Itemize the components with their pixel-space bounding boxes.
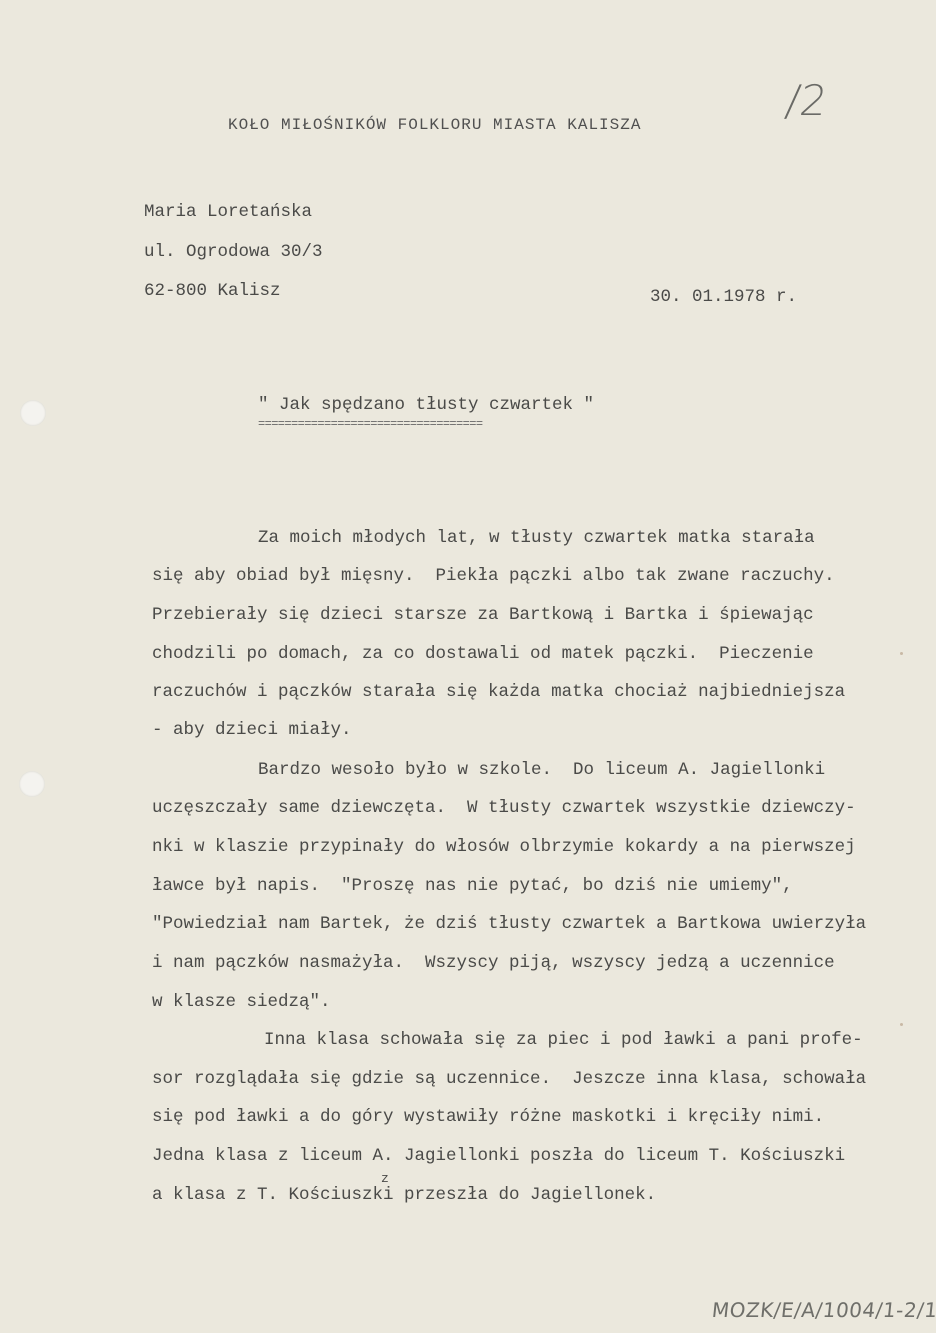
text-line: chodzili po domach, za co dostawali od m… xyxy=(152,644,814,664)
sender-street: ul. Ogrodowa 30/3 xyxy=(144,242,323,262)
sender-city: 62-800 Kalisz xyxy=(144,281,281,301)
text-line: - aby dzieci miały. xyxy=(152,720,352,740)
paper-speck xyxy=(900,1023,903,1026)
sender-name: Maria Loretańska xyxy=(144,202,312,222)
handwritten-page-number: /2 xyxy=(783,76,831,125)
text-line: Przebierały się dzieci starsze za Bartko… xyxy=(152,605,814,625)
organization-header: KOŁO MIŁOŚNIKÓW FOLKLORU MIASTA KALISZA xyxy=(228,116,641,134)
text-line: Inna klasa schowała się za piec i pod ła… xyxy=(264,1030,863,1050)
archive-signature: MOZK/E/A/1004/1-2/1 xyxy=(711,1298,936,1322)
punch-hole-bottom xyxy=(19,771,45,797)
letter-date: 30. 01.1978 r. xyxy=(650,287,797,307)
text-line: a klasa z T. Kościuszki przeszła do Jagi… xyxy=(152,1185,656,1205)
text-line: Bardzo wesoło było w szkole. Do liceum A… xyxy=(258,760,825,780)
text-line: raczuchów i pączków starała się każda ma… xyxy=(152,682,845,702)
text-line: uczęszczały same dziewczęta. W tłusty cz… xyxy=(152,798,856,818)
text-line: w klasze siedzą". xyxy=(152,992,331,1012)
text-line: się pod ławki a do góry wystawiły różne … xyxy=(152,1107,824,1127)
text-line: sor rozglądała się gdzie są uczennice. J… xyxy=(152,1069,866,1089)
title-underline: ================================== xyxy=(258,417,482,431)
document-page: KOŁO MIŁOŚNIKÓW FOLKLORU MIASTA KALISZA … xyxy=(0,0,936,1333)
text-line: i nam pączków nasmażyła. Wszyscy piją, w… xyxy=(152,953,835,973)
text-line: "Powiedział nam Bartek, że dziś tłusty c… xyxy=(152,914,866,934)
text-line: Za moich młodych lat, w tłusty czwartek … xyxy=(258,528,815,548)
paper-speck xyxy=(900,652,903,655)
text-line: Jedna klasa z liceum A. Jagiellonki posz… xyxy=(152,1146,845,1166)
handwritten-correction-mark: z xyxy=(381,1171,389,1186)
punch-hole-top xyxy=(20,400,46,426)
text-line: się aby obiad był mięsny. Piekła pączki … xyxy=(152,566,835,586)
document-title: " Jak spędzano tłusty czwartek " xyxy=(258,395,594,415)
text-line: ławce był napis. "Proszę nas nie pytać, … xyxy=(152,876,793,896)
text-line: nki w klaszie przypinały do włosów olbrz… xyxy=(152,837,856,857)
